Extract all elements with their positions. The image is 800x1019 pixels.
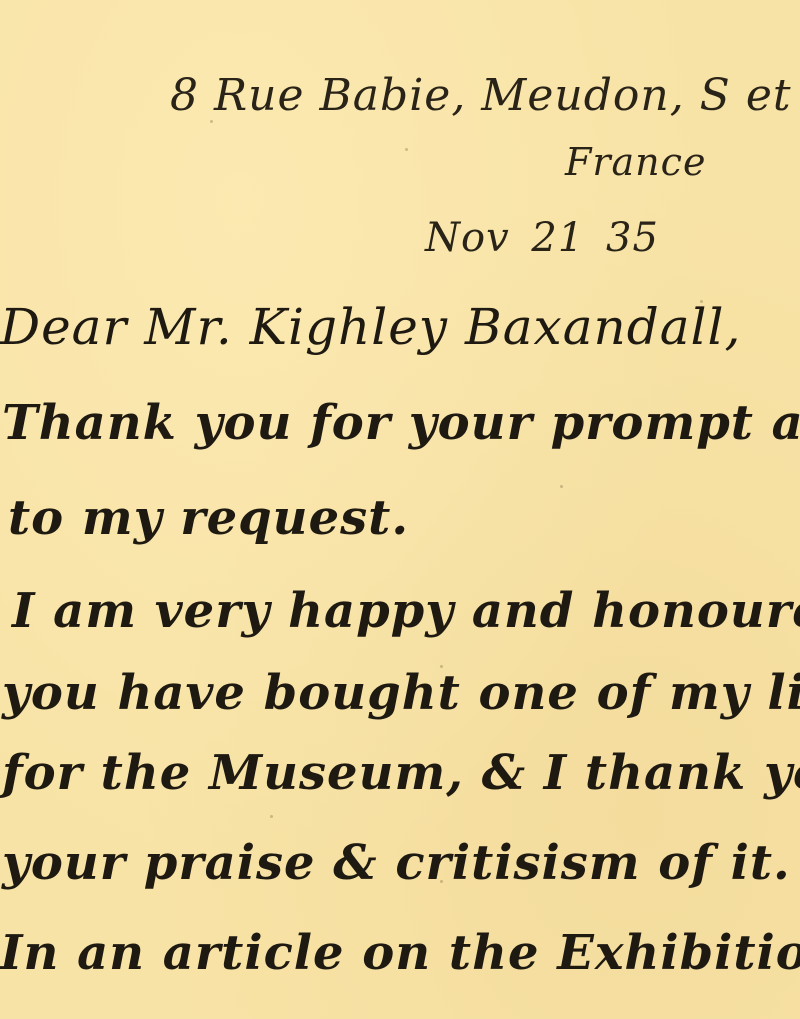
body-line: for the Museum, & I thank you for	[2, 745, 800, 801]
paper-speck	[270, 815, 273, 818]
paper-speck	[405, 148, 408, 151]
sender-address-line: 8 Rue Babie, Meudon, S et O	[170, 70, 800, 121]
body-line: Thank you for your prompt attention	[2, 395, 800, 451]
body-line: your praise & critisism of it.	[2, 835, 791, 891]
body-line: In an article on the Exhibition your	[0, 925, 800, 981]
sender-country: France	[565, 140, 706, 184]
body-line: I am very happy and honoured that	[12, 583, 800, 639]
body-line: you have bought one of my little paintin…	[2, 665, 800, 721]
handwritten-letter-page: 8 Rue Babie, Meudon, S et O France Nov 2…	[0, 0, 800, 1019]
body-line: to my request.	[8, 490, 409, 546]
salutation: Dear Mr. Kighley Baxandall,	[0, 298, 741, 356]
paper-speck	[560, 485, 563, 488]
letter-date: Nov 21 35	[425, 215, 659, 261]
